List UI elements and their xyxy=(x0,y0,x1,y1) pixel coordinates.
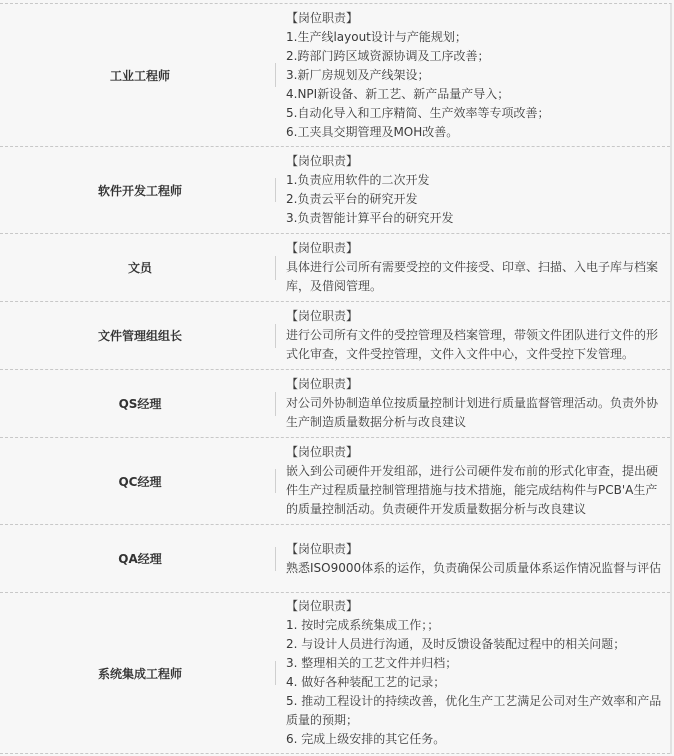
table-row-qs-manager: QS经理 【岗位职责】 对公司外协制造单位按质量控制计划进行质量监督管理活动。负… xyxy=(0,370,670,438)
job-title: 系统集成工程师 xyxy=(0,665,276,682)
description-line: 2.负责云平台的研究开发 xyxy=(286,190,664,209)
description-line: 进行公司所有文件的受控管理及档案管理，带领文件团队进行文件的形式化审查，文件受控… xyxy=(286,326,664,364)
column-divider xyxy=(275,661,276,685)
job-title: QC经理 xyxy=(0,473,276,490)
description-line: 6.工夹具交期管理及MOH改善。 xyxy=(286,123,664,142)
description-line: 熟悉ISO9000体系的运作，负责确保公司质量体系运作情况监督与评估 xyxy=(286,559,664,578)
description-line: 嵌入到公司硬件开发组部，进行公司硬件发布前的形式化审查，提出硬件生产过程质量控制… xyxy=(286,462,664,519)
column-divider xyxy=(275,469,276,493)
job-description: 【岗位职责】 对公司外协制造单位按质量控制计划进行质量监督管理活动。负责外协生产… xyxy=(276,370,670,437)
description-line: 具体进行公司所有需要受控的文件接受、印章、扫描、入电子库与档案库，及借阅管理。 xyxy=(286,258,664,296)
description-line: 1.负责应用软件的二次开发 xyxy=(286,171,664,190)
job-description: 【岗位职责】 进行公司所有文件的受控管理及档案管理，带领文件团队进行文件的形式化… xyxy=(276,302,670,369)
job-title: 工业工程师 xyxy=(0,67,276,84)
description-line: 3. 整理相关的工艺文件并归档； xyxy=(286,654,664,673)
description-line: 5. 推动工程设计的持续改善，优化生产工艺满足公司对生产效率和产品质量的预期； xyxy=(286,692,664,730)
job-title: 文员 xyxy=(0,259,276,276)
job-title: QS经理 xyxy=(0,395,276,412)
column-divider xyxy=(275,178,276,202)
description-line: 4. 做好各种装配工艺的记录； xyxy=(286,673,664,692)
section-label: 【岗位职责】 xyxy=(286,307,664,326)
job-responsibilities-table: 工业工程师 【岗位职责】 1.生产线layout设计与产能规划； 2.跨部门跨区… xyxy=(0,3,672,754)
table-row-system-integration-engineer: 系统集成工程师 【岗位职责】 1. 按时完成系统集成工作；； 2. 与设计人员进… xyxy=(0,593,670,754)
section-label: 【岗位职责】 xyxy=(286,152,664,171)
section-label: 【岗位职责】 xyxy=(286,239,664,258)
column-divider xyxy=(275,324,276,348)
description-line: 3.新厂房规划及产线架设； xyxy=(286,66,664,85)
job-description: 【岗位职责】 嵌入到公司硬件开发组部，进行公司硬件发布前的形式化审查，提出硬件生… xyxy=(276,438,670,524)
description-line: 对公司外协制造单位按质量控制计划进行质量监督管理活动。负责外协生产制造质量数据分… xyxy=(286,394,664,432)
section-label: 【岗位职责】 xyxy=(286,443,664,462)
description-line: 5.自动化导入和工序精简、生产效率等专项改善； xyxy=(286,104,664,123)
job-title: 文件管理组组长 xyxy=(0,327,276,344)
description-line: 6. 完成上级安排的其它任务。 xyxy=(286,730,664,749)
column-divider xyxy=(275,256,276,280)
job-description: 【岗位职责】 熟悉ISO9000体系的运作，负责确保公司质量体系运作情况监督与评… xyxy=(276,535,670,583)
section-label: 【岗位职责】 xyxy=(286,9,664,28)
column-divider xyxy=(275,547,276,571)
table-row-document-team-lead: 文件管理组组长 【岗位职责】 进行公司所有文件的受控管理及档案管理，带领文件团队… xyxy=(0,302,670,370)
job-description: 【岗位职责】 具体进行公司所有需要受控的文件接受、印章、扫描、入电子库与档案库，… xyxy=(276,234,670,301)
section-label: 【岗位职责】 xyxy=(286,597,664,616)
description-line: 1. 按时完成系统集成工作；； xyxy=(286,616,664,635)
description-line: 1.生产线layout设计与产能规划； xyxy=(286,28,664,47)
job-title: 软件开发工程师 xyxy=(0,182,276,199)
column-divider xyxy=(275,392,276,416)
table-row-software-engineer: 软件开发工程师 【岗位职责】 1.负责应用软件的二次开发 2.负责云平台的研究开… xyxy=(0,147,670,234)
job-description: 【岗位职责】 1. 按时完成系统集成工作；； 2. 与设计人员进行沟通，及时反馈… xyxy=(276,592,670,754)
description-line: 4.NPI新设备、新工艺、新产品量产导入； xyxy=(286,85,664,104)
section-label: 【岗位职责】 xyxy=(286,540,664,559)
table-row-qc-manager: QC经理 【岗位职责】 嵌入到公司硬件开发组部，进行公司硬件发布前的形式化审查，… xyxy=(0,438,670,525)
job-description: 【岗位职责】 1.负责应用软件的二次开发 2.负责云平台的研究开发 3.负责智能… xyxy=(276,147,670,233)
job-title: QA经理 xyxy=(0,550,276,567)
job-description: 【岗位职责】 1.生产线layout设计与产能规划； 2.跨部门跨区域资源协调及… xyxy=(276,4,670,147)
column-divider xyxy=(275,63,276,87)
table-row-industrial-engineer: 工业工程师 【岗位职责】 1.生产线layout设计与产能规划； 2.跨部门跨区… xyxy=(0,4,670,147)
table-row-qa-manager: QA经理 【岗位职责】 熟悉ISO9000体系的运作，负责确保公司质量体系运作情… xyxy=(0,525,670,593)
description-line: 2.跨部门跨区域资源协调及工序改善； xyxy=(286,47,664,66)
description-line: 3.负责智能计算平台的研究开发 xyxy=(286,209,664,228)
section-label: 【岗位职责】 xyxy=(286,375,664,394)
table-row-clerk: 文员 【岗位职责】 具体进行公司所有需要受控的文件接受、印章、扫描、入电子库与档… xyxy=(0,234,670,302)
description-line: 2. 与设计人员进行沟通，及时反馈设备装配过程中的相关问题； xyxy=(286,635,664,654)
